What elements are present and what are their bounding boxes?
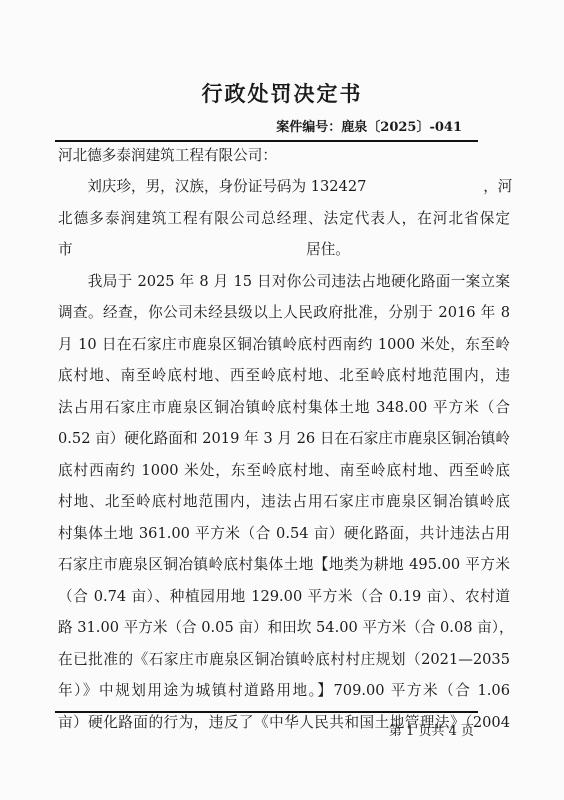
document-page: 行政处罚决定书 案件编号：鹿泉〔2025〕-041 河北德多泰润建筑工程有限公司… — [0, 0, 564, 800]
body-line: 村集体土地 361.00 平方米（合 0.54 亩）硬化路面，共计违法占用 — [58, 525, 510, 543]
body-line: 石家庄市鹿泉区铜冶镇岭底村集体土地【地类为耕地 495.00 平方米 — [58, 556, 510, 574]
document-title: 行政处罚决定书 — [0, 78, 564, 108]
body-line: 底村西南约 1000 米处，东至岭底村地、南至岭底村地、西至岭底 — [58, 462, 510, 480]
body-line: 路 31.00 平方米（合 0.05 亩）和田坎 54.00 平方米（合 0.0… — [58, 619, 510, 637]
case-number: 案件编号：鹿泉〔2025〕-041 — [276, 116, 462, 135]
body-line: （合 0.74 亩）、种植园用地 129.00 平方米（合 0.19 亩）、农村… — [58, 588, 510, 606]
body-line: 亩）硬化路面的行为，违反了《中华人民共和国土地管理法》（2004 — [58, 714, 510, 732]
header-rule — [55, 140, 478, 142]
body-line: 刘庆珍，男，汉族，身份证号码为 132427 ，河 — [58, 178, 510, 196]
body-line: 市 居住。 — [58, 241, 510, 259]
body-line: 村地、北至岭底村地范围内，违法占用石家庄市鹿泉区铜冶镇岭底 — [58, 493, 510, 511]
body-line: 底村地、南至岭底村地、西至岭底村地、北至岭底村地范围内，违 — [58, 367, 510, 385]
body-line: 我局于 2025 年 8 月 15 日对你公司违法占地硬化路面一案立案 — [58, 273, 510, 291]
body-line: 在已批准的《石家庄市鹿泉区铜冶镇岭底村村庄规划（2021—2035 — [58, 651, 510, 669]
body-line: 月 10 日在石家庄市鹿泉区铜冶镇岭底村西南约 1000 米处，东至岭 — [58, 336, 510, 354]
body-line: 法占用石家庄市鹿泉区铜冶镇岭底村集体土地 348.00 平方米（合 — [58, 399, 510, 417]
addressee: 河北德多泰润建筑工程有限公司： — [58, 147, 510, 165]
body-line: 年）》中规划用途为城镇村道路用地。】709.00 平方米（合 1.06 — [58, 682, 510, 700]
body-line: 调查。经查，你公司未经县级以上人民政府批准，分别于 2016 年 8 — [58, 304, 510, 322]
body-line: 0.52 亩）硬化路面和 2019 年 3 月 26 日在石家庄市鹿泉区铜冶镇岭 — [58, 430, 510, 448]
body-line: 北德多泰润建筑工程有限公司总经理、法定代表人，在河北省保定 — [58, 210, 510, 228]
